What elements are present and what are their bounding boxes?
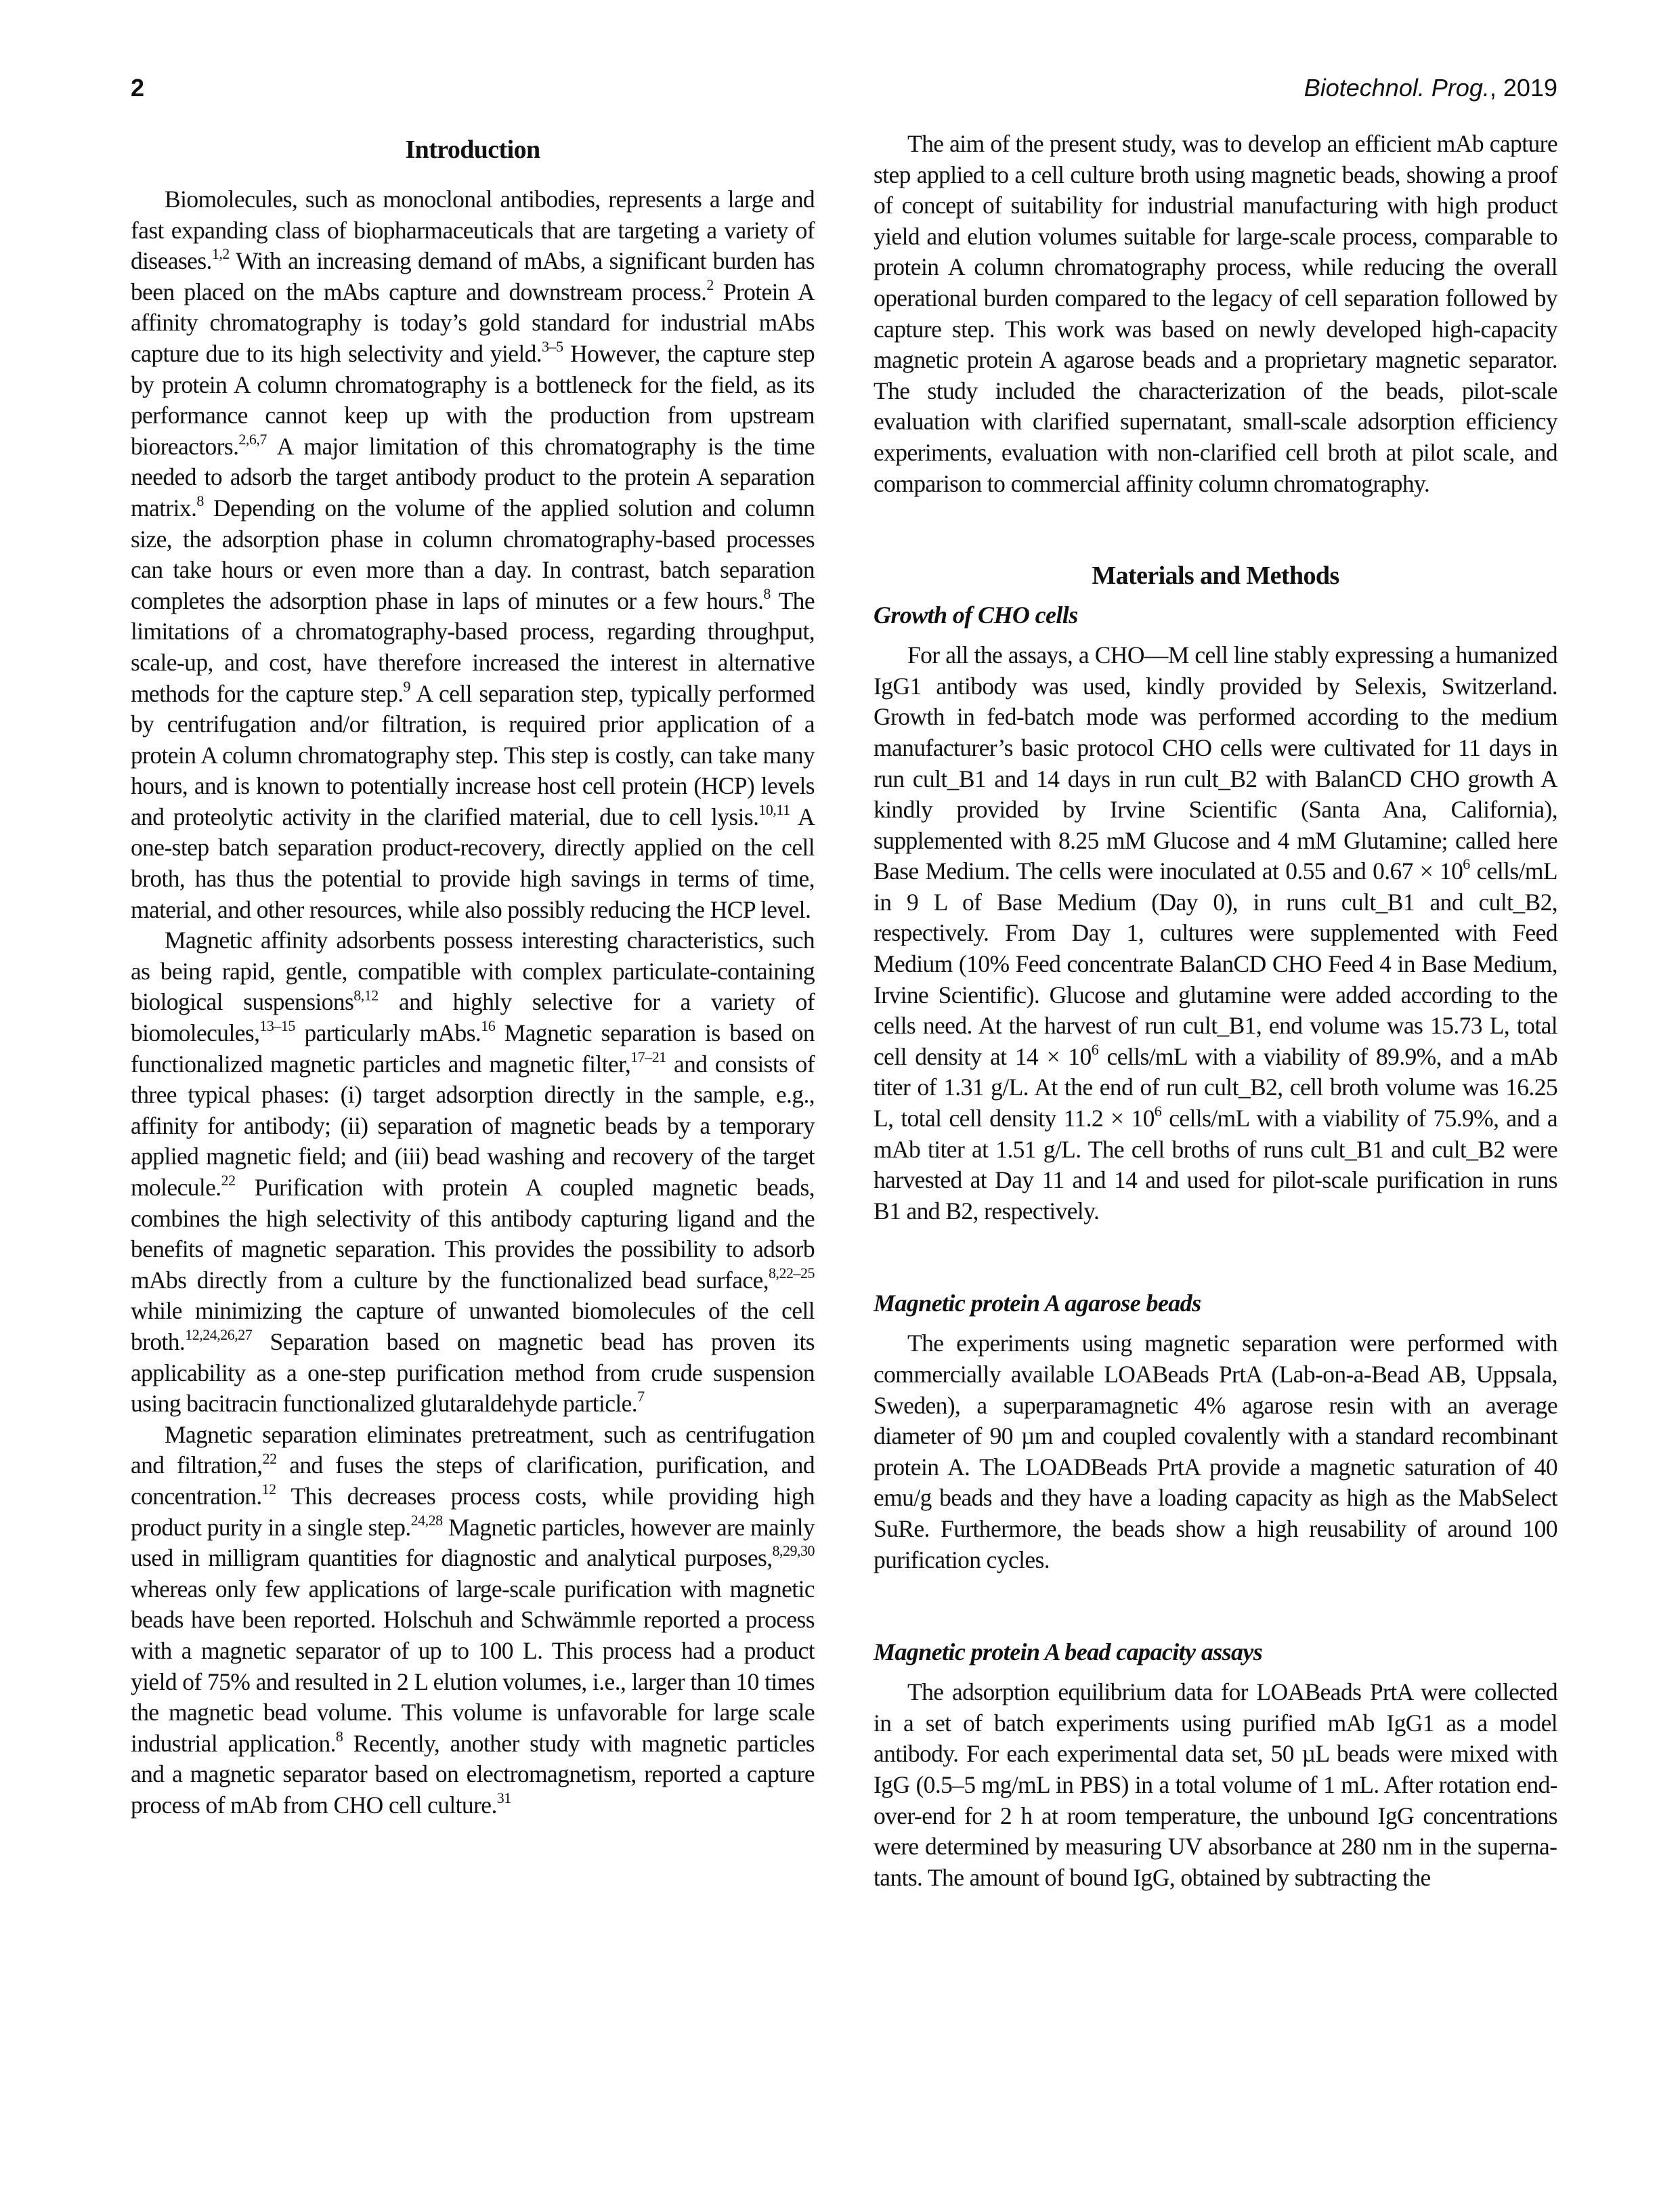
citation-ref: 8,29,30 <box>773 1542 815 1559</box>
citation-ref: 7 <box>637 1388 645 1405</box>
citation-ref: 8 <box>763 585 771 602</box>
aim-paragraph: The aim of the present study, was to dev… <box>874 129 1557 499</box>
subsection-title-beads: Magnetic protein A agarose beads <box>874 1288 1557 1319</box>
citation-ref: 8,12 <box>353 987 379 1004</box>
spacer <box>874 1227 1557 1288</box>
citation-ref: 8 <box>196 492 204 509</box>
subsection-title-capacity-assays: Magnetic protein A bead capacity assays <box>874 1636 1557 1668</box>
citation-ref: 16 <box>481 1017 495 1034</box>
citation-ref: 9 <box>403 678 410 695</box>
citation-ref: 2,6,7 <box>238 431 267 448</box>
beads-paragraph: The experiments using magnetic separatio… <box>874 1328 1557 1575</box>
journal-year: , 2019 <box>1490 74 1557 102</box>
citation-ref: 3–5 <box>542 338 563 355</box>
intro-paragraph-3: Magnetic separation eliminates pretreatm… <box>131 1420 815 1821</box>
citation-ref: 12 <box>262 1481 276 1498</box>
citation-ref: 1,2 <box>212 245 230 262</box>
spacer <box>874 1575 1557 1636</box>
growth-paragraph: For all the assays, a CHO—M cell line st… <box>874 640 1557 1227</box>
citation-ref: 6 <box>1155 1103 1162 1120</box>
capacity-paragraph: The adsorption equilibrium data for LOAB… <box>874 1677 1557 1893</box>
citation-ref: 22 <box>221 1172 236 1189</box>
citation-ref: 8,22–25 <box>769 1265 815 1281</box>
citation-ref: 6 <box>1092 1041 1099 1058</box>
intro-paragraph-2: Magnetic affinity adsorbents possess int… <box>131 925 815 1420</box>
citation-ref: 8 <box>336 1728 343 1745</box>
spacer <box>874 499 1557 560</box>
intro-paragraph-1: Biomolecules, such as monoclonal antibod… <box>131 184 815 925</box>
citation-ref: 24,28 <box>411 1512 443 1529</box>
citation-ref: 6 <box>1463 855 1470 872</box>
citation-ref: 10,11 <box>758 801 790 818</box>
citation-ref: 22 <box>263 1450 277 1467</box>
left-column: Introduction Biomolecules, such as monoc… <box>131 129 815 1821</box>
page-number: 2 <box>131 73 144 103</box>
citation-ref: 2 <box>706 276 714 293</box>
section-title-introduction: Introduction <box>131 134 815 165</box>
running-header: Biotechnol. Prog., 2019 <box>1304 73 1557 103</box>
citation-ref: 13–15 <box>259 1017 295 1034</box>
right-column: The aim of the present study, was to dev… <box>874 129 1557 1893</box>
journal-name: Biotechnol. Prog. <box>1304 74 1490 102</box>
section-title-methods: Materials and Methods <box>874 560 1557 591</box>
subsection-title-growth: Growth of CHO cells <box>874 599 1557 631</box>
citation-ref: 31 <box>497 1789 511 1806</box>
citation-ref: 12,24,26,27 <box>185 1326 252 1343</box>
citation-ref: 17–21 <box>630 1048 666 1065</box>
